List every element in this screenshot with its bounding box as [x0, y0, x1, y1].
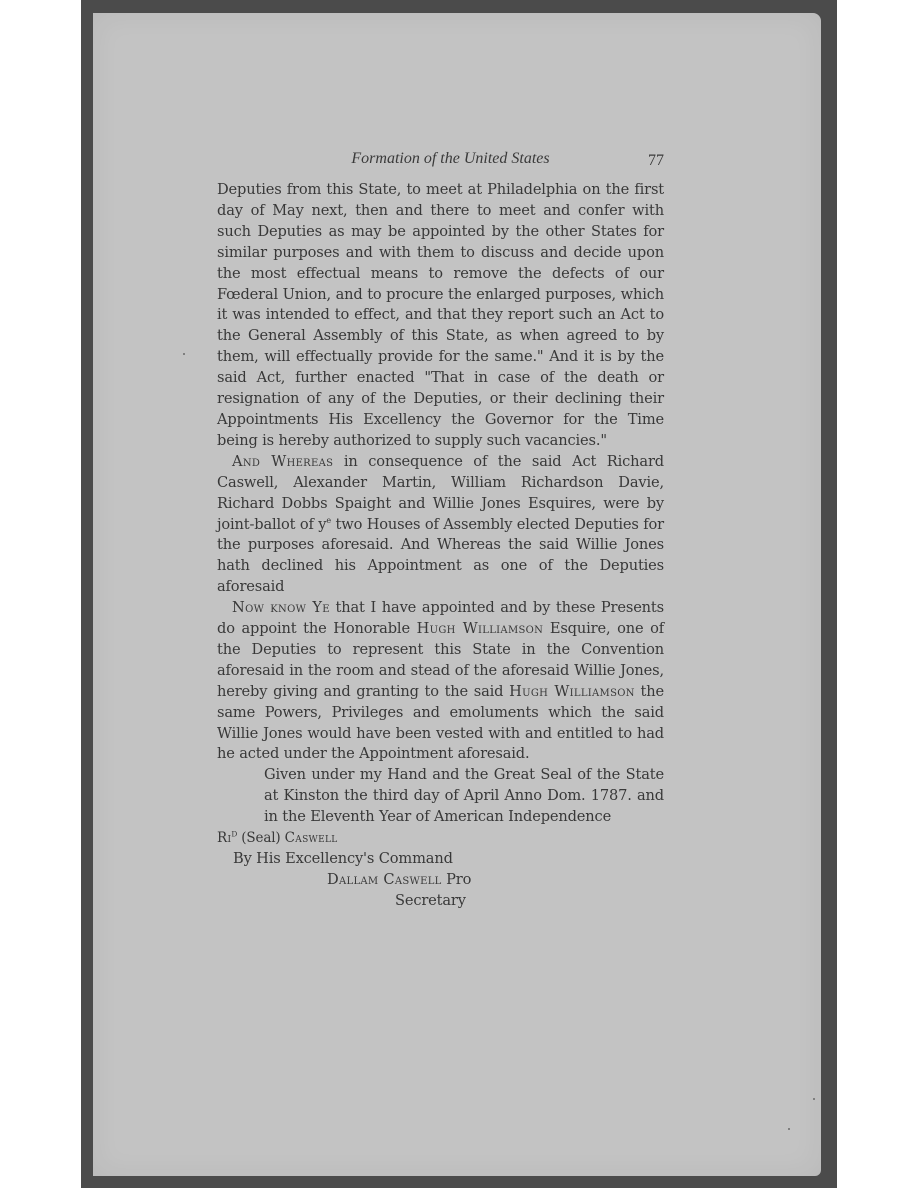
page-body: Deputies from this State, to meet at Phi…: [217, 180, 664, 912]
secretary-title: Secretary: [217, 891, 664, 912]
name-hugh-williamson: Hugh Williamson: [509, 683, 635, 700]
secretary-name: Dallam Caswell: [327, 871, 442, 888]
seal-mark: (Seal): [237, 830, 285, 846]
secretary-suffix: Pro: [442, 871, 472, 888]
paper-speck: [788, 1128, 790, 1130]
page-number: 77: [648, 152, 664, 170]
paper-speck: [183, 353, 185, 355]
lead-in-whereas: And Whereas: [232, 453, 333, 470]
running-title: Formation of the United States: [217, 150, 664, 168]
running-header: Formation of the United States 77: [217, 150, 664, 172]
given-under-hand: Given under my Hand and the Great Seal o…: [217, 765, 664, 828]
paragraph-appointment: Now know Ye that I have appointed and by…: [217, 598, 664, 765]
paper-speck: [813, 1098, 815, 1100]
governor-signature: RiD (Seal) Caswell: [217, 828, 664, 849]
signature-name: Caswell: [285, 830, 338, 846]
lead-in-now-know-ye: Now know Ye: [232, 599, 330, 616]
secretary-signature: Dallam Caswell Pro: [217, 870, 664, 891]
command-line: By His Excellency's Command: [217, 849, 664, 870]
paragraph-act-continuation: Deputies from this State, to meet at Phi…: [217, 180, 664, 452]
name-hugh-williamson: Hugh Williamson: [417, 620, 544, 637]
paragraph-whereas: And Whereas in consequence of the said A…: [217, 452, 664, 598]
signature-prefix: Ri: [217, 830, 231, 846]
